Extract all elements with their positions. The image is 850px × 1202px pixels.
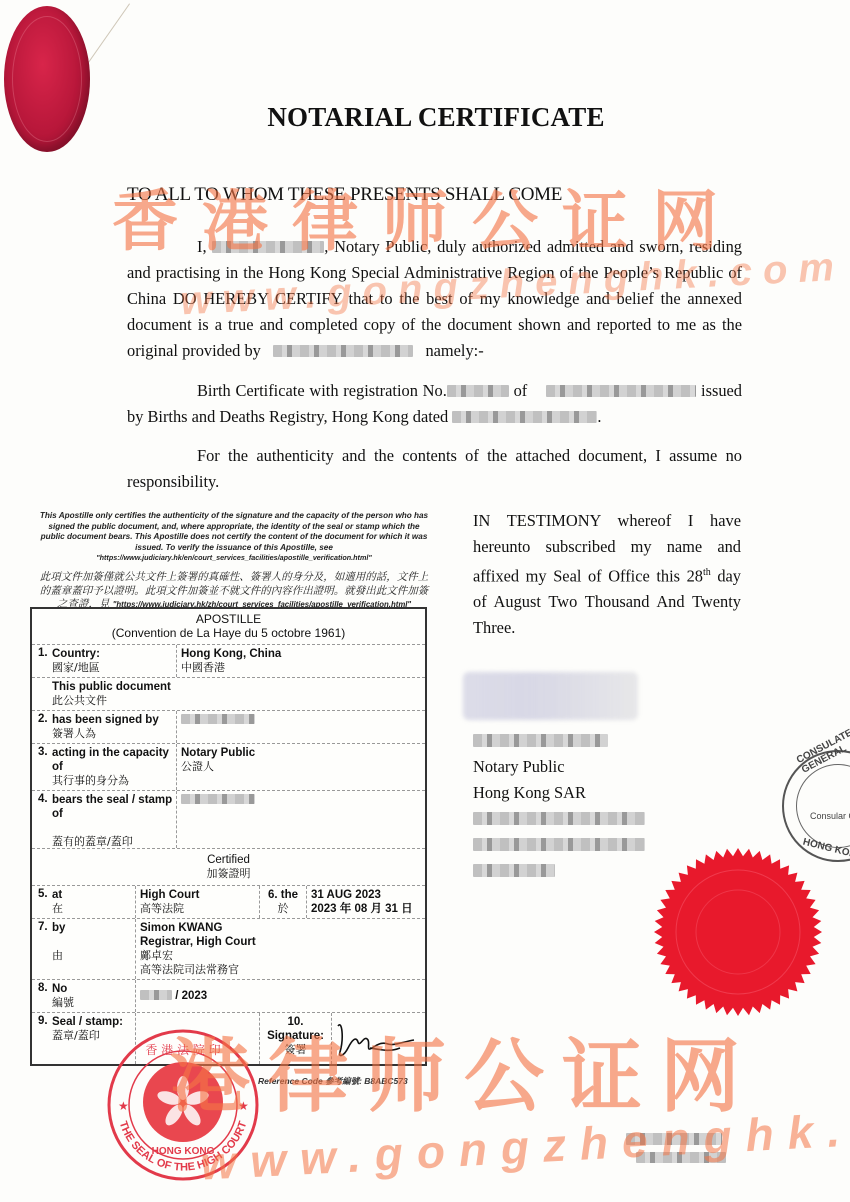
redacted-signer-name <box>181 714 255 724</box>
high-court-seal: 香 港 法 院 印 HONG KONG THE SEAL OF THE HIGH… <box>104 1026 262 1184</box>
label-zh: 此公共文件 <box>52 694 107 707</box>
row-number: 4. <box>32 791 52 848</box>
apostille-header: APOSTILLE (Convention de La Haye du 5 oc… <box>32 609 425 644</box>
value-en: Notary Public <box>181 747 255 759</box>
label-en: at <box>52 889 62 901</box>
svg-text:★: ★ <box>238 1099 249 1113</box>
row-number: 2. <box>32 711 52 743</box>
row-label: by由 <box>52 919 136 979</box>
label-zh: 其行事的身分為 <box>52 774 129 787</box>
apostille-row-capacity: 3. acting in the capacity of其行事的身分為 Nota… <box>32 743 425 790</box>
row-label: 10. Signature:簽署 <box>260 1013 332 1064</box>
para2-of: of <box>514 381 528 400</box>
row-value <box>177 711 425 743</box>
salutation: TO ALL TO WHOM THESE PRESENTS SHALL COME <box>127 184 562 206</box>
apostille-row-certified: Certified加簽證明 <box>32 848 425 885</box>
registrar-name-zh: 鄺卓宏 <box>140 949 173 962</box>
disclaimer-paragraph: For the authenticity and the contents of… <box>127 443 742 495</box>
label-zh: 由 <box>52 949 63 962</box>
court-seal-top-text: 香 港 法 院 印 <box>145 1042 220 1057</box>
redacted-registration-number <box>447 385 509 397</box>
row-value: High Court高等法院 <box>136 886 260 918</box>
row-number <box>32 678 52 710</box>
apostille-row-seal-of: 4. bears the seal / stamp of蓋有的蓋章/蓋印 <box>32 790 425 848</box>
apostille-row-signed-by: 2. has been signed by簽署人為 <box>32 710 425 743</box>
label-en: acting in the capacity of <box>52 747 169 773</box>
testimony-text: IN TESTIMONY whereof I have hereunto sub… <box>473 511 741 585</box>
registrar-title: Registrar, High Court <box>140 936 256 948</box>
row-number: 3. <box>32 744 52 790</box>
redacted-address-line-2 <box>473 838 645 851</box>
para1-end: namely:- <box>425 341 483 360</box>
consulate-stamp-mid-text: Consular Officer <box>810 810 850 822</box>
row-label: bears the seal / stamp of蓋有的蓋章/蓋印 <box>52 791 177 848</box>
row-label: This public document此公共文件 <box>52 678 425 710</box>
redacted-provider-name <box>273 345 413 357</box>
redacted-footer-line-2 <box>636 1152 726 1163</box>
watermark-url-bottom: www.gongzhenghk.com <box>199 1095 850 1190</box>
label-en: Signature: <box>267 1030 324 1042</box>
registrar-title-zh: 高等法院司法常務官 <box>140 963 239 976</box>
label-en: the <box>281 889 298 901</box>
label-en: Country: <box>52 648 100 660</box>
apostille-row-public-document: This public document此公共文件 <box>32 677 425 710</box>
redacted-notary-name-line <box>473 734 608 747</box>
apostille-verification-link-en[interactable]: "https://www.judiciary.hk/en/court_servi… <box>96 553 372 562</box>
apostille-note-text: This Apostille only certifies the authen… <box>40 511 428 552</box>
redacted-apostille-number <box>140 990 172 1000</box>
para3-text: For the authenticity and the contents of… <box>127 446 742 491</box>
row-value: Notary Public公證人 <box>177 744 425 790</box>
row-label: at在 <box>52 886 136 918</box>
row-label: Country:國家/地區 <box>52 645 177 677</box>
red-foil-seal <box>652 846 824 1018</box>
para2-start: Birth Certificate with registration No. <box>197 381 447 400</box>
testimony-paragraph: IN TESTIMONY whereof I have hereunto sub… <box>473 508 741 641</box>
apostille-table: APOSTILLE (Convention de La Haye du 5 oc… <box>30 607 427 1066</box>
label-zh: 簽署 <box>285 1043 307 1056</box>
redacted-address-line-1 <box>473 812 645 825</box>
svg-text:★: ★ <box>118 1099 129 1113</box>
certified-label: Certified加簽證明 <box>32 849 425 885</box>
registrar-signature <box>330 1018 420 1068</box>
reference-code: Reference Code 參考編號: B8ABC573 <box>258 1075 408 1087</box>
label-zh: 在 <box>52 902 63 915</box>
notary-details: Notary Public Hong Kong SAR <box>473 728 645 884</box>
apostille-year: / 2023 <box>175 990 207 1002</box>
redacted-notary-signature <box>463 672 638 720</box>
apostille-row-by: 7. by由 Simon KWANG Registrar, High Court… <box>32 918 425 979</box>
date-en: 31 AUG 2023 <box>311 889 381 901</box>
apostille-heading: APOSTILLE <box>32 612 425 626</box>
certified-en: Certified <box>207 854 250 866</box>
registrar-name: Simon KWANG <box>140 922 222 934</box>
row-label: has been signed by簽署人為 <box>52 711 177 743</box>
label-en: This public document <box>52 681 171 693</box>
row-value: Simon KWANG Registrar, High Court 鄺卓宏 高等… <box>136 919 425 979</box>
label-zh: 蓋章/蓋印 <box>52 1029 100 1042</box>
certification-paragraph: I, , Notary Public, duly authorized admi… <box>127 234 742 364</box>
value-zh: 高等法院 <box>140 902 184 915</box>
para2-end: . <box>597 407 601 426</box>
label-en: No <box>52 983 67 995</box>
label-en: by <box>52 922 65 934</box>
value-en: Hong Kong, China <box>181 648 281 660</box>
redacted-notary-name <box>212 241 324 253</box>
para1-prefix: I, <box>197 237 207 256</box>
row-number: 7. <box>32 919 52 979</box>
notary-region: Hong Kong SAR <box>473 780 645 806</box>
row-number: 9. <box>32 1013 52 1064</box>
apostille-row-country: 1. Country:國家/地區 Hong Kong, China中國香港 <box>32 644 425 677</box>
apostille-row-number: 8. No編號 / 2023 <box>32 979 425 1012</box>
redacted-holder-name <box>546 385 696 397</box>
redacted-seal-owner <box>181 794 255 804</box>
redacted-footer-line-1 <box>626 1133 722 1145</box>
row-label: No編號 <box>52 980 136 1012</box>
row-number: 8. <box>32 980 52 1012</box>
label-zh: 編號 <box>52 996 74 1009</box>
label-en: has been signed by <box>52 714 159 726</box>
row-number: 6. <box>268 889 278 901</box>
value-zh: 公證人 <box>181 760 214 773</box>
value-en: High Court <box>140 889 199 901</box>
redacted-address-line-3 <box>473 864 555 877</box>
row-number: 1. <box>32 645 52 677</box>
row-value: 31 AUG 20232023 年 08 月 31 日 <box>307 886 425 918</box>
label-zh: 於 <box>278 902 289 915</box>
label-zh: 簽署人為 <box>52 727 96 740</box>
apostille-note-zh: 此項文件加簽僅就公共文件上簽署的真確性、簽署人的身分及，如適用的話，文件上的蓋章… <box>36 571 432 612</box>
ordinal-suffix: th <box>703 567 711 578</box>
date-zh: 2023 年 08 月 31 日 <box>311 903 413 915</box>
row-number: 5. <box>32 886 52 918</box>
certified-zh: 加簽證明 <box>207 867 251 880</box>
label-zh: 蓋有的蓋章/蓋印 <box>52 835 133 848</box>
page-title: NOTARIAL CERTIFICATE <box>0 102 850 133</box>
row-value: / 2023 <box>136 980 425 1012</box>
label-zh: 國家/地區 <box>52 661 100 674</box>
apostille-note-en: This Apostille only certifies the authen… <box>36 511 432 564</box>
document-description-paragraph: Birth Certificate with registration No. … <box>127 378 742 430</box>
row-number: 10. <box>288 1016 304 1028</box>
apostille-subheading: (Convention de La Haye du 5 octobre 1961… <box>32 626 425 640</box>
row-label: 6. the於 <box>260 886 307 918</box>
row-value: Hong Kong, China中國香港 <box>177 645 425 677</box>
row-value <box>177 791 425 848</box>
redacted-issue-date <box>452 411 597 423</box>
court-seal-mid-text: HONG KONG <box>152 1146 215 1157</box>
notary-role: Notary Public <box>473 754 645 780</box>
apostille-row-at-date: 5. at在 High Court高等法院 6. the於 31 AUG 202… <box>32 885 425 918</box>
consulate-stamp-top-text: CONSULATE GENERAL <box>795 713 850 776</box>
row-label: acting in the capacity of其行事的身分為 <box>52 744 177 790</box>
value-zh: 中國香港 <box>181 661 225 674</box>
label-en: bears the seal / stamp of <box>52 794 172 820</box>
